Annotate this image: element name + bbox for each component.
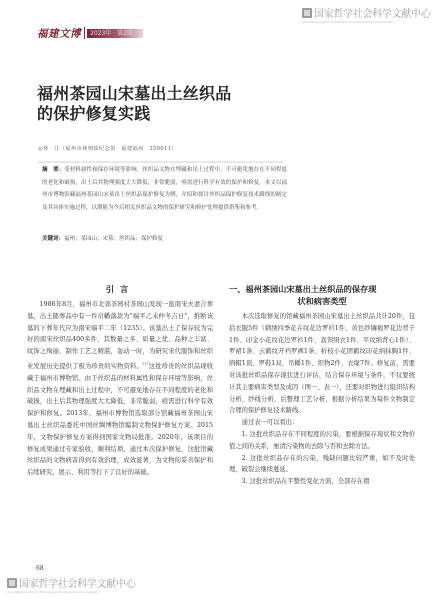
watermark-text: 国家哲学社会科学文献中心: [19, 575, 135, 590]
body-paragraph: 2. 这批丝织品存在的污染、残缺问题比较严重，如不及时处理，破裂会继续蔓延。: [229, 453, 415, 477]
page-number: 68: [36, 565, 44, 572]
issue-badge: 2023年 · 第2期: [87, 29, 143, 38]
body-paragraph: 1986年8月，福州市北郊茶园村茶园山发现一座南宋夫妻合葬墓，出土随葬品中有一件…: [27, 299, 213, 479]
watermark-logo-icon: [7, 578, 17, 588]
body-paragraph: 3. 这批丝织品在平整性变化方面，全部存在褶: [229, 476, 415, 488]
section-heading-introduction: 引言: [27, 283, 213, 295]
heading-line-1: 一、福州茶园山宋墓出土丝织品的保存现: [229, 284, 376, 294]
title-line-2: 的保护修复实践: [37, 104, 231, 124]
body-paragraph: 本次选取修复的馆藏福州茶园山宋墓出土丝织品共计20件，包括衣服5件（刺绣四季花卉…: [229, 311, 415, 417]
watermark-logo-icon: [302, 8, 312, 18]
abstract-text: 受材料属性和保存环境等影响，丝织品文物在埋藏和出土过程中，不可避免地存在不同程度…: [42, 167, 287, 211]
body-paragraph: 通过表一可以看出：: [229, 417, 415, 429]
watermark-top: 国家哲学社会科学文献中心 China National Center for P…: [302, 5, 438, 23]
section-heading-1: 一、福州茶园山宋墓出土丝织品的保存现 状和病害类型: [229, 283, 415, 307]
keywords-label: 关键词：: [42, 236, 64, 242]
watermark-text: 国家哲学社会科学文献中心: [314, 5, 430, 20]
divider: [38, 161, 283, 163]
magazine-logo: 福建文博: [37, 26, 81, 41]
left-column: 引言 1986年8月，福州市北郊茶园村茶园山发现一座南宋夫妻合葬墓，出土随葬品中…: [27, 283, 213, 479]
header-divider: [84, 27, 85, 39]
paragraph-text: 这批珍贵的丝织品现收藏于福州市博物馆。由于丝织品的材料属性和保存环境等影响，丝织…: [27, 363, 213, 476]
heading-line-2: 状和病害类型: [229, 295, 415, 307]
title-line-1: 福州茶园山宋墓出土丝织品: [37, 84, 231, 104]
journal-header: 福建文博 2023年 · 第2期: [37, 26, 143, 40]
watermark-subtitle: China National Center for Philosophy and…: [7, 591, 143, 594]
article-title: 福州茶园山宋墓出土丝织品 的保护修复实践: [37, 84, 231, 124]
paragraph-text: 1986年8月，福州市北郊茶园村茶园山发现一座南宋夫妻合葬墓，出土随葬品中有一件…: [27, 301, 213, 370]
watermark-subtitle: China National Center for Philosophy and…: [302, 21, 438, 24]
watermark-bottom: 国家哲学社会科学文献中心 China National Center for P…: [7, 575, 143, 593]
body-paragraph: 1. 这批丝织品存在不同程度的污染，要根据保存现状和文物价值之间的关系，厘清污染…: [229, 429, 415, 453]
keywords-text: 福州；茶园山；宋墓；丝织品；保护修复: [64, 236, 163, 242]
keywords: 关键词：福州；茶园山；宋墓；丝织品；保护修复: [42, 234, 287, 242]
right-column: 一、福州茶园山宋墓出土丝织品的保存现 状和病害类型 本次选取修复的馆藏福州茶园山…: [229, 283, 415, 488]
abstract: 摘 要：受材料属性和保存环境等影响，丝织品文物在埋藏和出土过程中，不可避免地存在…: [42, 164, 287, 215]
abstract-label: 摘 要：: [42, 167, 64, 173]
author-line: ◎林 江（福州市林则徐纪念馆 福建福州 350011）: [38, 144, 177, 152]
